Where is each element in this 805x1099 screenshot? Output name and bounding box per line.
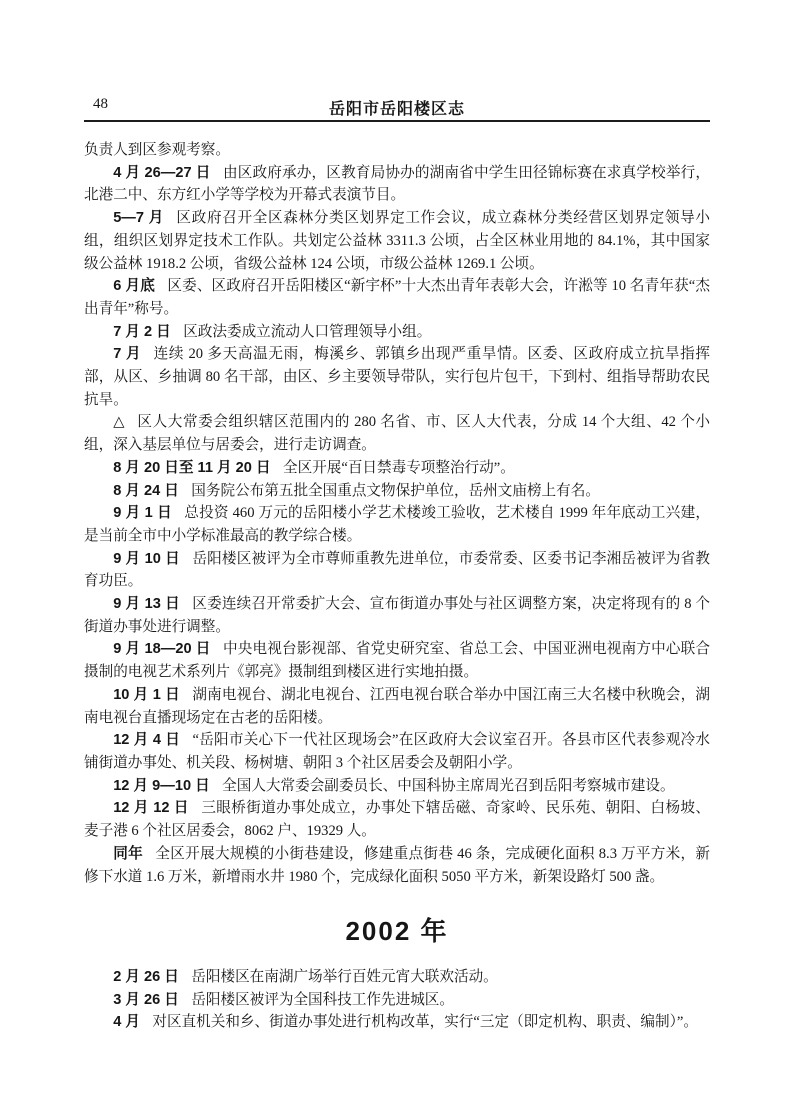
entry-date: 7 月: [113, 346, 141, 362]
chronicle-entry: 3 月 26 日岳阳楼区被评为全国科技工作先进城区。: [84, 989, 710, 1012]
chronicle-entry: 9 月 18—20 日中央电视台影视部、省党史研究室、省总工会、中国亚洲电视南方…: [84, 638, 710, 683]
document-page: 48 岳阳市岳阳楼区志 负责人到区参观考察。 4 月 26—27 日由区政府承办…: [0, 0, 805, 1099]
entry-date: 8 月 20 日至 11 月 20 日: [113, 460, 270, 476]
year-heading: 2002 年: [84, 920, 710, 943]
running-title: 岳阳市岳阳楼区志: [84, 96, 710, 119]
entry-date: 5—7 月: [113, 210, 164, 226]
entry-date: 3 月 26 日: [113, 992, 179, 1008]
entry-date: 9 月 13 日: [113, 596, 180, 612]
entry-text: 全国人大常委会副委员长、中国科协主席周光召到岳阳考察城市建设。: [222, 778, 674, 794]
entry-text: 区政府召开全区森林分类区划界定工作会议，成立森林分类经营区划界定领导小组，组织区…: [84, 210, 710, 271]
entry-date: 8 月 24 日: [113, 483, 179, 499]
entry-date: 6 月底: [113, 278, 155, 294]
entry-date: 4 月 26—27 日: [113, 165, 210, 181]
chronicle-entry: 6 月底区委、区政府召开岳阳楼区“新宇杯”十大杰出青年表彰大会，许淞等 10 名…: [84, 275, 710, 320]
entry-text: 全区开展大规模的小街巷建设，修建重点街巷 46 条，完成硬化面积 8.3 万平方…: [84, 846, 710, 885]
entry-date: 9 月 1 日: [113, 505, 172, 521]
chronicle-entry: 12 月 4 日“岳阳市关心下一代社区现场会”在区政府大会议室召开。各县市区代表…: [84, 729, 710, 774]
chronicle-entry: 4 月 26—27 日由区政府承办，区教育局协办的湖南省中学生田径锦标赛在求真学…: [84, 162, 710, 207]
continuation-paragraph: 负责人到区参观考察。: [84, 139, 710, 162]
entry-text: 岳阳楼区被评为全国科技工作先进城区。: [191, 992, 454, 1008]
chronicle-entry: 12 月 12 日三眼桥街道办事处成立，办事处下辖岳磁、奇家岭、民乐苑、朝阳、白…: [84, 797, 710, 842]
chronicle-entry: 10 月 1 日湖南电视台、湖北电视台、江西电视台联合举办中国江南三大名楼中秋晚…: [84, 684, 710, 729]
chronicle-entry: △区人大常委会组织辖区范围内的 280 名省、市、区人大代表，分成 14 个大组…: [84, 411, 710, 456]
entry-date: 12 月 9—10 日: [113, 778, 210, 794]
chronicle-entry: 7 月 2 日区政法委成立流动人口管理领导小组。: [84, 321, 710, 344]
entry-text: 连续 20 多天高温无雨，梅溪乡、郭镇乡出现严重旱情。区委、区政府成立抗旱指挥部…: [84, 346, 710, 407]
entry-text: 区政法委成立流动人口管理领导小组。: [183, 324, 431, 340]
chronicle-entry: 4 月对区直机关和乡、街道办事处进行机构改革，实行“三定（即定机构、职责、编制）…: [84, 1011, 710, 1034]
entry-date: 12 月 4 日: [113, 732, 180, 748]
chronicle-entry: 5—7 月区政府召开全区森林分类区划界定工作会议，成立森林分类经营区划界定领导小…: [84, 207, 710, 275]
entry-text: 区委、区政府召开岳阳楼区“新宇杯”十大杰出青年表彰大会，许淞等 10 名青年获“…: [84, 278, 710, 317]
chronicle-entry: 9 月 10 日岳阳楼区被评为全市尊师重教先进单位，市委常委、区委书记李湘岳被评…: [84, 548, 710, 593]
entry-text: 国务院公布第五批全国重点文物保护单位，岳州文庙榜上有名。: [191, 483, 600, 499]
chronicle-entry: 9 月 13 日区委连续召开常委扩大会、宣布街道办事处与社区调整方案，决定将现有…: [84, 593, 710, 638]
entry-date: 7 月 2 日: [113, 324, 171, 340]
chronicle-entry: 2 月 26 日岳阳楼区在南湖广场举行百姓元宵大联欢活动。: [84, 966, 710, 989]
entry-text: 总投资 460 万元的岳阳楼小学艺术楼竣工验收，艺术楼自 1999 年年底动工兴…: [84, 505, 710, 544]
page-header: 48 岳阳市岳阳楼区志: [84, 96, 710, 122]
entry-text: 对区直机关和乡、街道办事处进行机构改革，实行“三定（即定机构、职责、编制）”。: [152, 1014, 698, 1030]
entry-text: 区人大常委会组织辖区范围内的 280 名省、市、区人大代表，分成 14 个大组、…: [84, 414, 710, 453]
entry-date: 9 月 18—20 日: [113, 641, 210, 657]
chronicle-entry: 9 月 1 日总投资 460 万元的岳阳楼小学艺术楼竣工验收，艺术楼自 1999…: [84, 502, 710, 547]
chronicle-entry: 8 月 20 日至 11 月 20 日全区开展“百日禁毒专项整治行动”。: [84, 457, 710, 480]
chronicle-entry: 12 月 9—10 日全国人大常委会副委员长、中国科协主席周光召到岳阳考察城市建…: [84, 775, 710, 798]
chronicle-body: 负责人到区参观考察。 4 月 26—27 日由区政府承办，区教育局协办的湖南省中…: [84, 139, 710, 1034]
entry-date: 10 月 1 日: [113, 687, 180, 703]
entry-date: 9 月 10 日: [113, 551, 180, 567]
chronicle-entry: 8 月 24 日国务院公布第五批全国重点文物保护单位，岳州文庙榜上有名。: [84, 480, 710, 503]
entry-text: 全区开展“百日禁毒专项整治行动”。: [283, 460, 515, 476]
entry-date: △: [113, 414, 125, 430]
chronicle-entry: 同年全区开展大规模的小街巷建设，修建重点街巷 46 条，完成硬化面积 8.3 万…: [84, 843, 710, 888]
entry-text: 岳阳楼区在南湖广场举行百姓元宵大联欢活动。: [191, 969, 497, 985]
entries-2001: 4 月 26—27 日由区政府承办，区教育局协办的湖南省中学生田径锦标赛在求真学…: [84, 162, 710, 889]
entry-date: 12 月 12 日: [113, 800, 189, 816]
chronicle-entry: 7 月连续 20 多天高温无雨，梅溪乡、郭镇乡出现严重旱情。区委、区政府成立抗旱…: [84, 343, 710, 411]
entry-date: 4 月: [113, 1014, 140, 1030]
entry-date: 同年: [113, 846, 143, 862]
entry-date: 2 月 26 日: [113, 969, 179, 985]
entries-2002: 2 月 26 日岳阳楼区在南湖广场举行百姓元宵大联欢活动。 3 月 26 日岳阳…: [84, 966, 710, 1034]
